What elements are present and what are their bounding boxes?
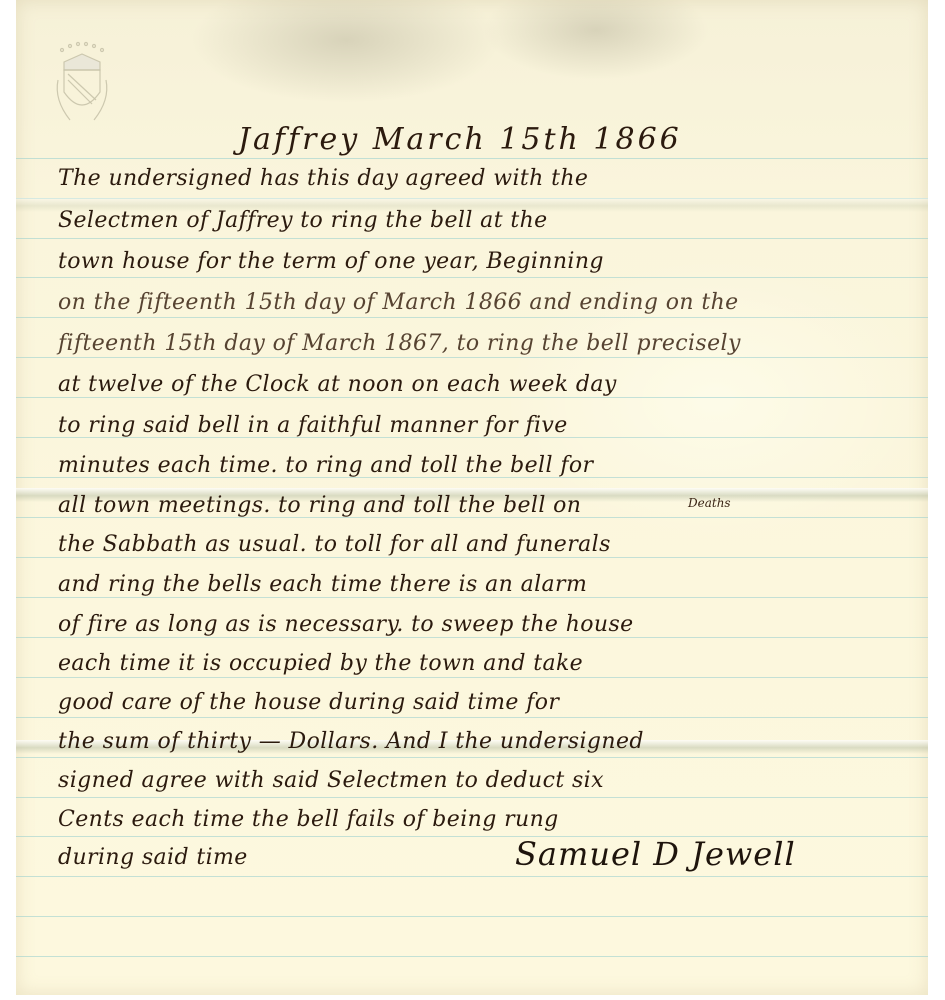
- dateline: Jaffrey March 15th 1866: [238, 122, 682, 157]
- ruled-line: [16, 557, 928, 558]
- body-line-2: Selectmen of Jaffrey to ring the bell at…: [58, 208, 548, 233]
- ruled-line: [16, 717, 928, 718]
- body-line-10: the Sabbath as usual. to toll for all an…: [58, 532, 611, 557]
- ruled-line: [16, 277, 928, 278]
- ruled-line: [16, 797, 928, 798]
- body-line-7: to ring said bell in a faithful manner f…: [58, 413, 568, 438]
- body-line-3: town house for the term of one year, Beg…: [58, 249, 604, 274]
- embossed-shield-icon: [50, 40, 114, 130]
- ruled-line: [16, 637, 928, 638]
- body-line-1: The undersigned has this day agreed with…: [58, 166, 588, 191]
- body-line-8: minutes each time. to ring and toll the …: [58, 453, 593, 478]
- body-line-5: fifteenth 15th day of March 1867, to rin…: [58, 331, 741, 356]
- ruled-line: [16, 956, 928, 957]
- body-line-6: at twelve of the Clock at noon on each w…: [58, 372, 617, 397]
- body-line-16: signed agree with said Selectmen to dedu…: [58, 768, 604, 793]
- ruled-line: [16, 397, 928, 398]
- ruled-line: [16, 317, 928, 318]
- body-line-13: each time it is occupied by the town and…: [58, 651, 583, 676]
- ruled-line: [16, 597, 928, 598]
- interlinear-insert: Deaths: [688, 496, 731, 510]
- body-line-17: Cents each time the bell fails of being …: [58, 807, 559, 832]
- ruled-line: [16, 677, 928, 678]
- ruled-line: [16, 876, 928, 877]
- body-line-11: and ring the bells each time there is an…: [58, 572, 587, 597]
- body-line-4: on the fifteenth 15th day of March 1866 …: [58, 290, 739, 315]
- ruled-line: [16, 357, 928, 358]
- signature: Samuel D Jewell: [515, 835, 796, 873]
- ruled-line: [16, 158, 928, 159]
- ruled-line: [16, 757, 928, 758]
- ruled-line: [16, 916, 928, 917]
- body-line-14: good care of the house during said time …: [58, 690, 559, 715]
- body-line-18: during said time: [58, 845, 248, 870]
- body-line-12: of fire as long as is necessary. to swee…: [58, 612, 634, 637]
- body-line-9: all town meetings. to ring and toll the …: [58, 493, 581, 518]
- ruled-line: [16, 238, 928, 239]
- body-line-15: the sum of thirty — Dollars. And I the u…: [58, 729, 644, 754]
